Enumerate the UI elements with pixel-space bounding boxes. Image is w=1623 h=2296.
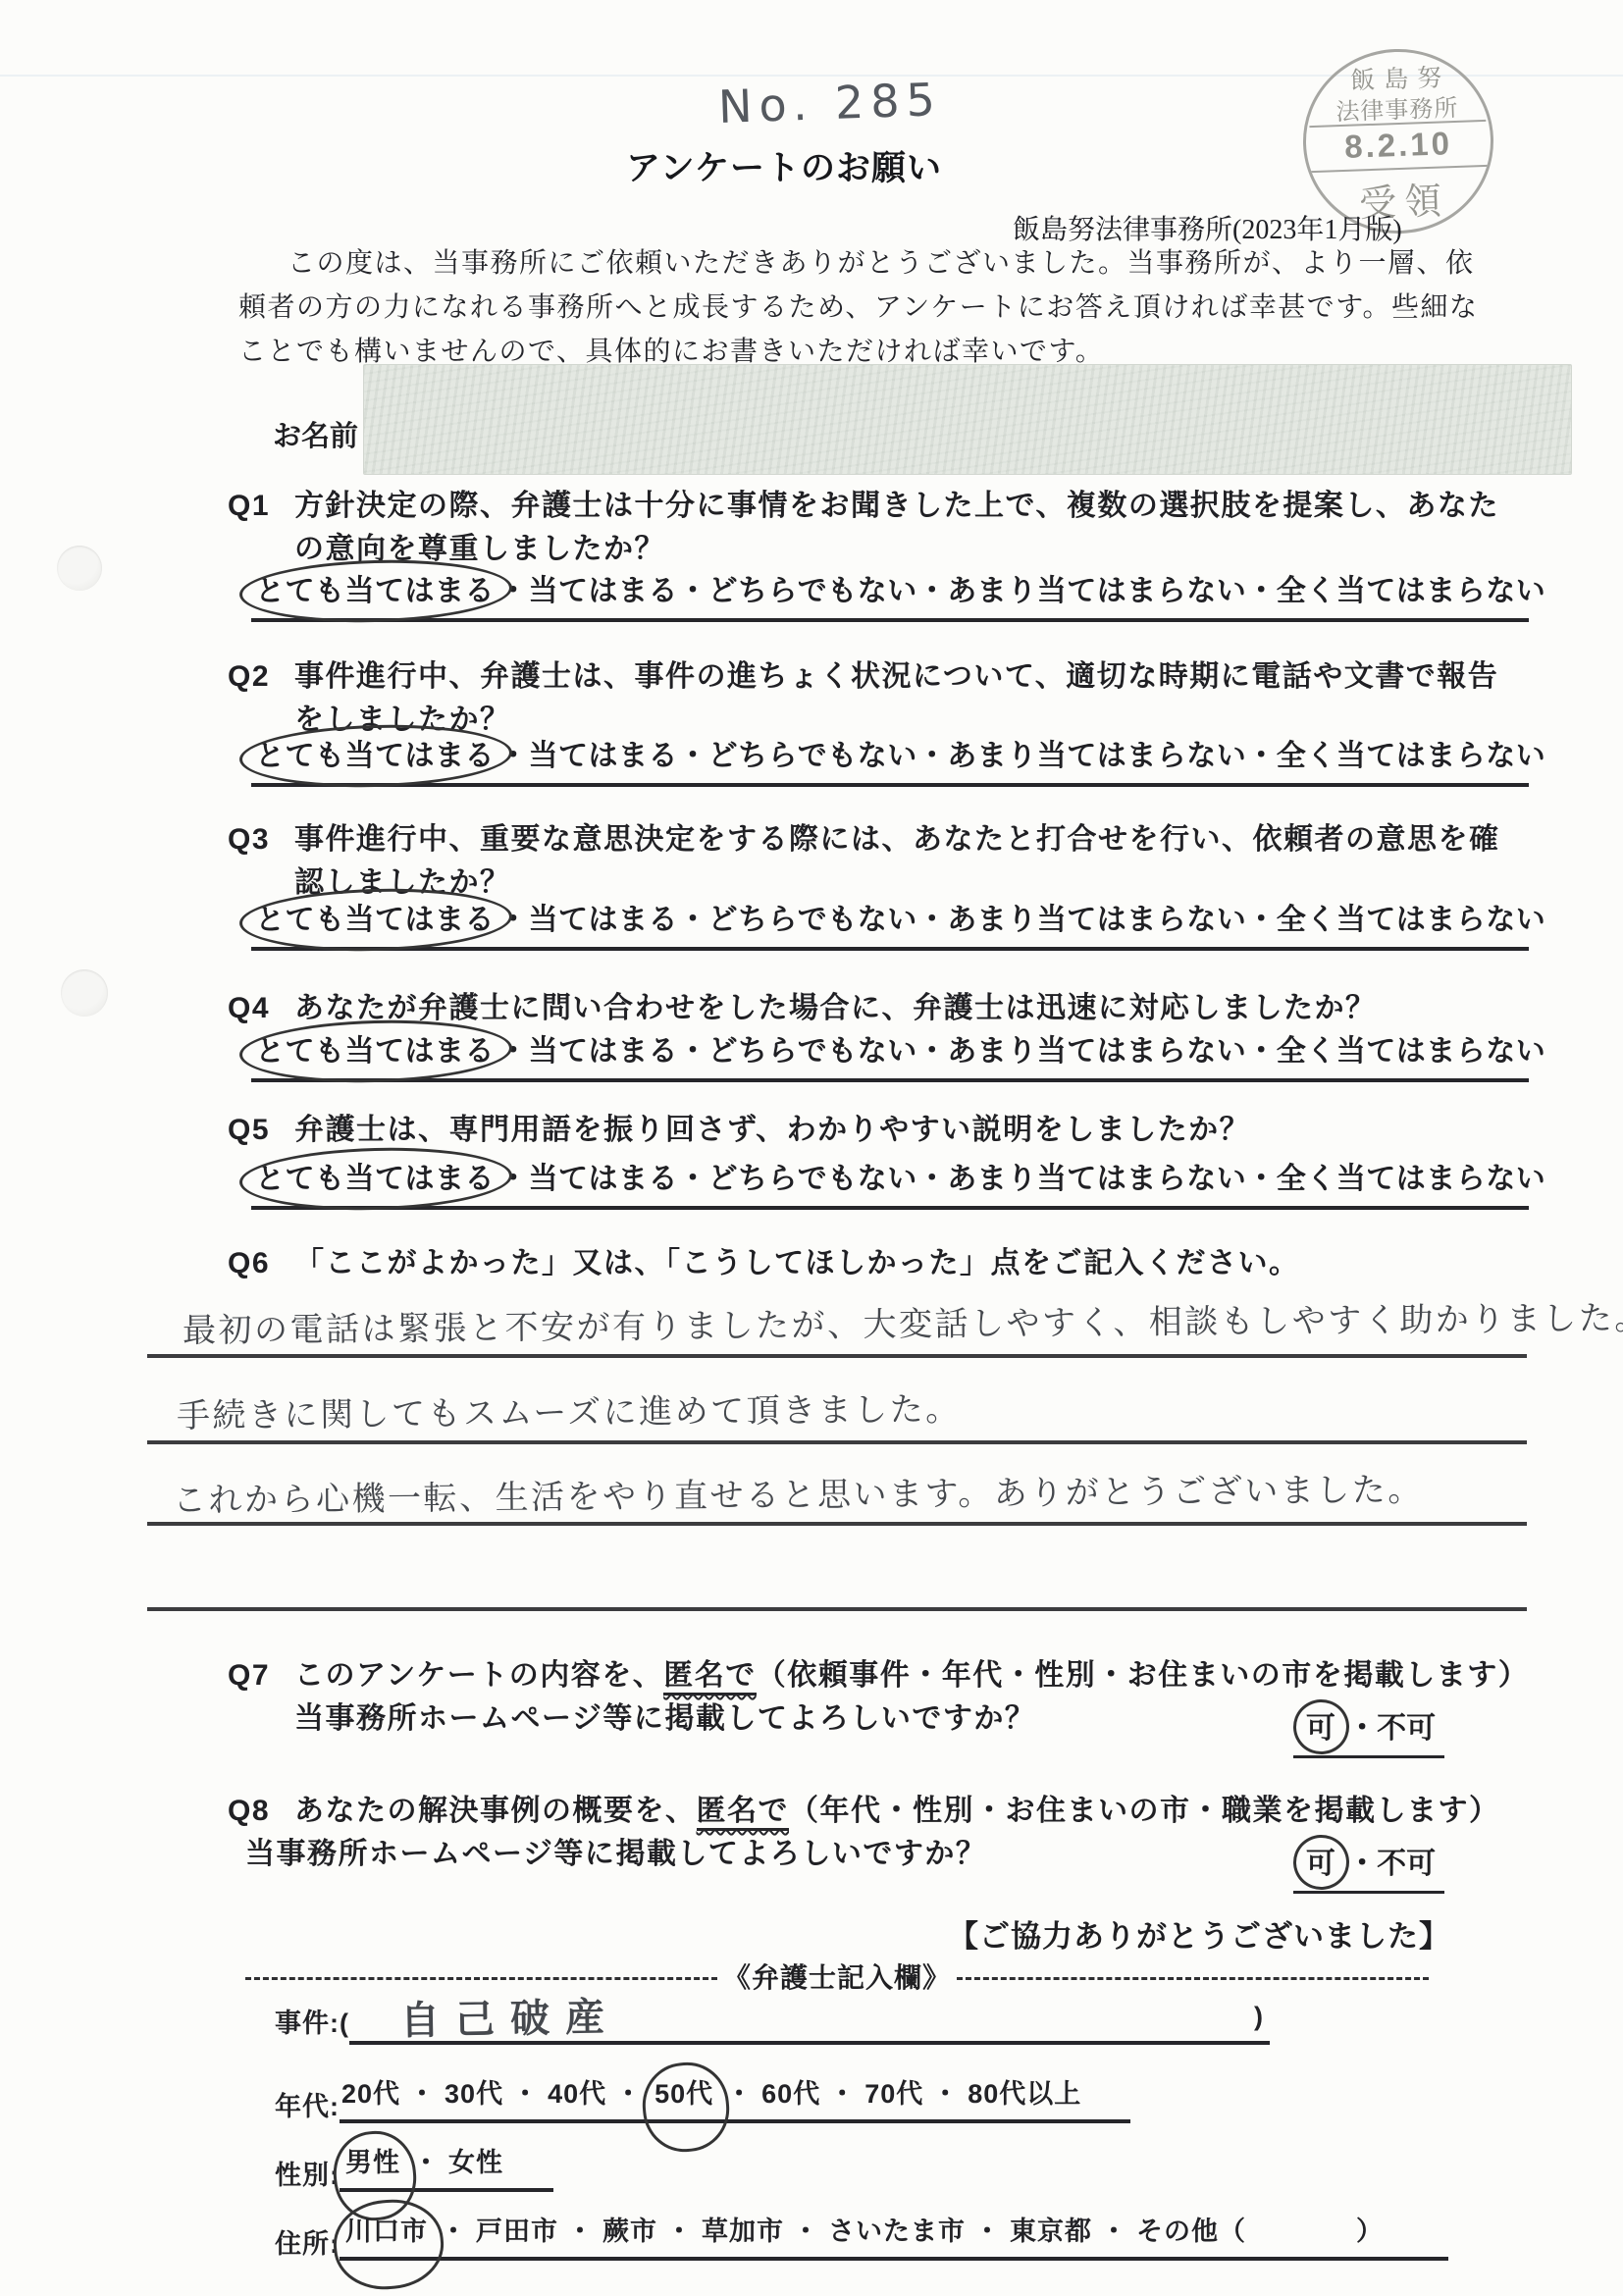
q2-scale-rest: 当てはまる・どちらでもない・あまり当てはまらない・全く当てはまらない	[529, 740, 1546, 772]
q4-text: あなたが弁護士に問い合わせをした場合に、弁護士は迅速に対応しましたか？	[294, 992, 1377, 1024]
q4-scale-rest: 当てはまる・どちらでもない・あまり当てはまらない・全く当てはまらない	[529, 1035, 1546, 1068]
q7-text-before: このアンケートの内容を、	[294, 1659, 663, 1692]
age-selected-option: 50代	[651, 2072, 717, 2111]
address-selected-option: 川口市	[341, 2210, 432, 2248]
q8-anonymous-label: 匿名で	[697, 1795, 790, 1831]
q6-answer-rule-1	[147, 1354, 1527, 1358]
lawyer-section-title: 《弁護士記入欄》	[717, 1957, 957, 1996]
q6-id: Q6	[228, 1242, 294, 1285]
q1-text: 方針決定の際、弁護士は十分に事情をお聞きした上で、複数の選択肢を提案し、あなたの…	[294, 490, 1499, 565]
q3-answer-scale: とても当てはまる・当てはまる・どちらでもない・あまり当てはまらない・全く当てはま…	[251, 895, 1529, 951]
question-q1: Q1方針決定の際、弁護士は十分に事情をお聞きした上で、複数の選択肢を提案し、あな…	[228, 485, 1521, 571]
q6-handwritten-answer-1: 最初の電話は緊張と不安が有りましたが、大変話しやすく、相談もしやすく助かりました…	[183, 1290, 1623, 1351]
q8-id: Q8	[228, 1790, 294, 1833]
q4-scale-separator: ・	[498, 1035, 529, 1068]
q8-permission-choice: 可 ・不可	[1293, 1839, 1444, 1894]
q4-selected-option: とても当てはまる	[251, 1026, 498, 1070]
q1-answer-scale: とても当てはまる・当てはまる・どちらでもない・あまり当てはまらない・全く当てはま…	[251, 566, 1529, 622]
q6-answer-rule-4	[147, 1607, 1527, 1611]
q8-permission-deny: 不可	[1377, 1848, 1436, 1880]
q5-text: 弁護士は、専門用語を振り回さず、わかりやすい説明をしましたか？	[294, 1114, 1250, 1146]
q5-scale-separator: ・	[498, 1163, 529, 1195]
age-options: 20代 ・ 30代 ・ 40代 ・ 50代 ・ 60代 ・ 70代 ・ 80代以…	[340, 2072, 1130, 2123]
q1-scale-rest: 当てはまる・どちらでもない・あまり当てはまらない・全く当てはまらない	[529, 575, 1546, 607]
gender-options-post: ・ 女性	[404, 2148, 503, 2177]
q6-text: 「ここがよかった」又は、「こうしてほしかった」点をご記入ください。	[294, 1247, 1300, 1279]
q6-handwritten-answer-2: 手続きに関してもスムーズに進めて頂きました。	[177, 1383, 962, 1437]
q7-selected-permission: 可	[1302, 1703, 1339, 1747]
q2-id: Q2	[228, 655, 294, 699]
address-options: 川口市 ・ 戸田市 ・ 蕨市 ・ 草加市 ・ さいたま市 ・ 東京都 ・ その他…	[340, 2210, 1448, 2261]
q7-permission-choice: 可 ・不可	[1293, 1703, 1444, 1758]
case-handwritten-value: 自己破産	[400, 1986, 621, 2046]
address-label: 住所:	[275, 2222, 340, 2261]
question-q2: Q2事件進行中、弁護士は、事件の進ちょく状況について、適切な時期に電話や文書で報…	[228, 655, 1521, 742]
q2-answer-scale: とても当てはまる・当てはまる・どちらでもない・あまり当てはまらない・全く当てはま…	[251, 731, 1529, 787]
question-q5: Q5弁護士は、専門用語を振り回さず、わかりやすい説明をしましたか？	[228, 1109, 1521, 1152]
q8-text-before: あなたの解決事例の概要を、	[294, 1795, 697, 1827]
q4-id: Q4	[228, 987, 294, 1030]
question-q6: Q6「ここがよかった」又は、「こうしてほしかった」点をご記入ください。	[228, 1242, 1521, 1285]
age-options-pre: 20代 ・ 30代 ・ 40代 ・	[341, 2079, 651, 2109]
case-value-line: 自己破産	[349, 2002, 1254, 2045]
q2-selected-option: とても当てはまる	[251, 731, 498, 774]
punch-hole-bottom	[61, 969, 108, 1017]
case-type-row: 事件:( 自己破産 )	[275, 2002, 1270, 2045]
q1-scale-separator: ・	[498, 575, 529, 607]
q6-answer-rule-3	[147, 1522, 1527, 1526]
survey-scan-page: No. 285 アンケートのお願い 飯島努 法律事務所 8.2.10 受領 飯島…	[0, 0, 1623, 2296]
divider-dash-right	[957, 1977, 1429, 1980]
q7-permission-deny: 不可	[1377, 1712, 1436, 1745]
question-q3: Q3事件進行中、重要な意思決定をする際には、あなたと打合せを行い、依頼者の意思を…	[228, 818, 1521, 905]
case-close-paren: )	[1254, 2002, 1270, 2045]
q3-selected-option: とても当てはまる	[251, 895, 498, 938]
q3-scale-rest: 当てはまる・どちらでもない・あまり当てはまらない・全く当てはまらない	[529, 904, 1546, 936]
gender-label: 性別:	[275, 2154, 340, 2192]
thanks-message: 【ご協力ありがとうございました】	[948, 1911, 1450, 1956]
q8-selected-permission: 可	[1302, 1839, 1339, 1882]
divider-dash-left	[245, 1977, 717, 1980]
q1-id: Q1	[228, 485, 294, 528]
gender-selected-option: 男性	[341, 2141, 404, 2179]
age-options-post: ・ 60代 ・ 70代 ・ 80代以上	[717, 2079, 1081, 2109]
case-label: 事件:(	[275, 2002, 349, 2045]
stamp-date: 8.2.10	[1306, 124, 1492, 168]
punch-hole-top	[57, 546, 102, 591]
q7-id: Q7	[228, 1654, 294, 1697]
age-row: 年代:20代 ・ 30代 ・ 40代 ・ 50代 ・ 60代 ・ 70代 ・ 8…	[275, 2072, 1130, 2123]
name-redaction-strip	[363, 364, 1572, 475]
q2-text: 事件進行中、弁護士は、事件の進ちょく状況について、適切な時期に電話や文書で報告を…	[294, 660, 1498, 736]
q5-selected-option: とても当てはまる	[251, 1154, 498, 1197]
q3-scale-separator: ・	[498, 904, 529, 936]
q5-scale-rest: 当てはまる・どちらでもない・あまり当てはまらない・全く当てはまらない	[529, 1163, 1546, 1195]
q7-anonymous-label: 匿名で	[663, 1659, 757, 1696]
age-label: 年代:	[275, 2085, 340, 2123]
intro-paragraph: この度は、当事務所にご依頼いただきありがとうございました。当事務所が、より一層、…	[238, 241, 1500, 374]
question-q4: Q4あなたが弁護士に問い合わせをした場合に、弁護士は迅速に対応しましたか？	[228, 987, 1521, 1030]
document-number: No. 285	[717, 73, 943, 133]
address-options-post: ・ 戸田市 ・ 蕨市 ・ 草加市 ・ さいたま市 ・ 東京都 ・ その他（ ）	[432, 2217, 1384, 2246]
q8-permission-separator: ・	[1339, 1848, 1377, 1880]
q6-answer-rule-2	[147, 1440, 1527, 1444]
q1-selected-option: とても当てはまる	[251, 566, 498, 609]
q3-id: Q3	[228, 818, 294, 861]
name-field-label: お名前	[273, 414, 358, 454]
q4-answer-scale: とても当てはまる・当てはまる・どちらでもない・あまり当てはまらない・全く当てはま…	[251, 1026, 1529, 1082]
address-row: 住所:川口市 ・ 戸田市 ・ 蕨市 ・ 草加市 ・ さいたま市 ・ 東京都 ・ …	[275, 2210, 1448, 2261]
q5-id: Q5	[228, 1109, 294, 1152]
q6-handwritten-answer-3: これから心機一転、生活をやり直せると思います。ありがとうございました。	[173, 1462, 1424, 1521]
q7-permission-separator: ・	[1339, 1712, 1377, 1745]
q2-scale-separator: ・	[498, 740, 529, 772]
gender-row: 性別:男性 ・ 女性	[275, 2141, 553, 2192]
q5-answer-scale: とても当てはまる・当てはまる・どちらでもない・あまり当てはまらない・全く当てはま…	[251, 1154, 1529, 1210]
gender-options: 男性 ・ 女性	[340, 2141, 553, 2192]
q3-text: 事件進行中、重要な意思決定をする際には、あなたと打合せを行い、依頼者の意思を確認…	[294, 823, 1500, 899]
